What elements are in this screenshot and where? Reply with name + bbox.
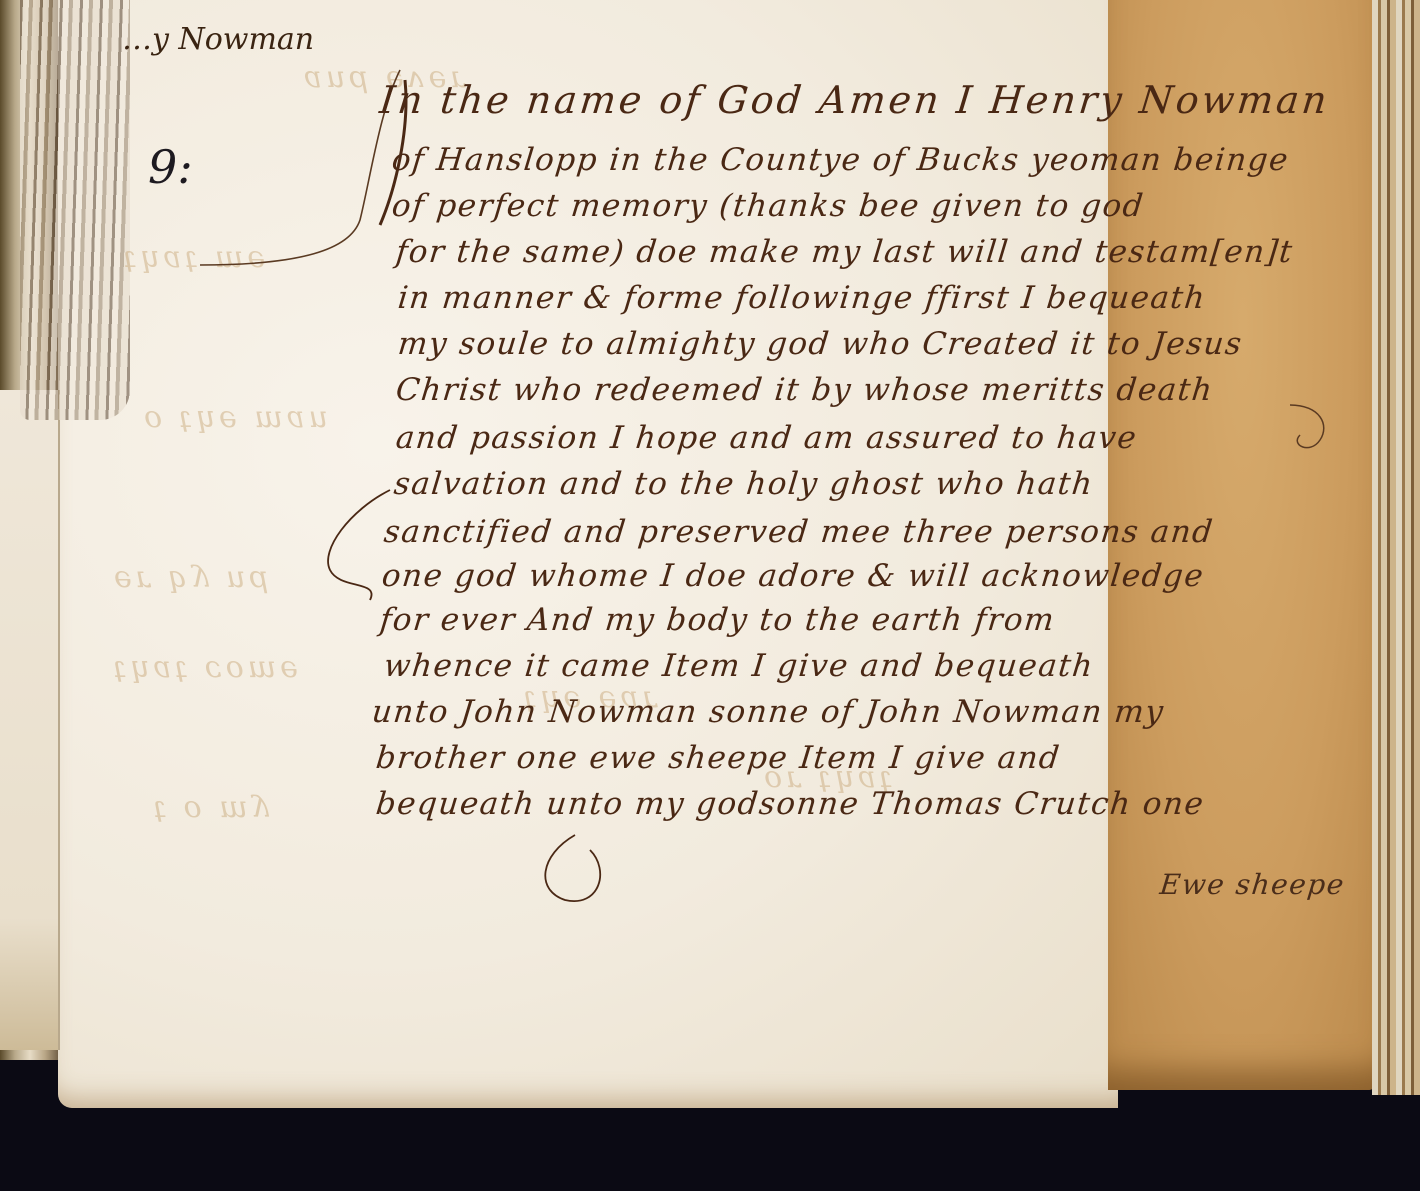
will-line-7: Christ who redeemed it by whose meritts … [394,372,1215,408]
bleed-through-text: ǝɯoɔ ʇɐɥʇ [110,650,298,685]
will-line-8: and passion I hope and am assured to hav… [394,420,1139,456]
manuscript-photo: ɹǝʌǝ puɐ ǝɯ ʇɐɥʇ uɐɯ ǝɥʇ o pu ʎq ɹǝ ǝɯoɔ… [0,0,1420,1191]
will-line-11: one god whome I doe adore & will acknowl… [380,558,1206,594]
will-line-6: my soule to almighty god who Created it … [396,326,1244,362]
will-line-10: sanctified and preserved mee three perso… [382,514,1215,550]
will-line-4: for the same) doe make my last will and … [394,234,1295,270]
will-line-13: whence it came Item I give and bequeath [382,648,1096,684]
page-edges-stack [1372,0,1420,1095]
torn-binding [20,0,130,420]
will-line-17: Ewe sheepe [1158,868,1346,901]
will-line-16: bequeath unto my godsonne Thomas Crutch … [374,786,1206,822]
will-line-15: brother one ewe sheepe Item I give and [374,740,1062,776]
bleed-through-text: ʎɯ o ʇ [150,790,269,825]
will-line-12: for ever And my body to the earth from [378,602,1057,638]
will-line-5: in manner & forme followinge ffirst I be… [396,280,1208,316]
facing-leaf-edge [0,390,60,1050]
margin-heading: …y Nowman [122,22,314,57]
will-line-1: In the name of God Amen I Henry Nowman [378,78,1332,122]
folio-number: 9: [148,140,193,194]
will-line-14: unto John Nowman sonne of John Nowman my [370,694,1166,730]
will-line-9: salvation and to the holy ghost who hath [392,466,1095,502]
will-line-3: of perfect memory (thanks bee given to g… [390,188,1146,224]
bleed-through-text: uɐɯ ǝɥʇ o [140,400,328,435]
will-line-2: of Hanslopp in the Countye of Bucks yeom… [390,142,1291,178]
bleed-through-text: pu ʎq ɹǝ [110,560,269,595]
bleed-through-text: ǝɯ ʇɐɥʇ [120,240,265,275]
